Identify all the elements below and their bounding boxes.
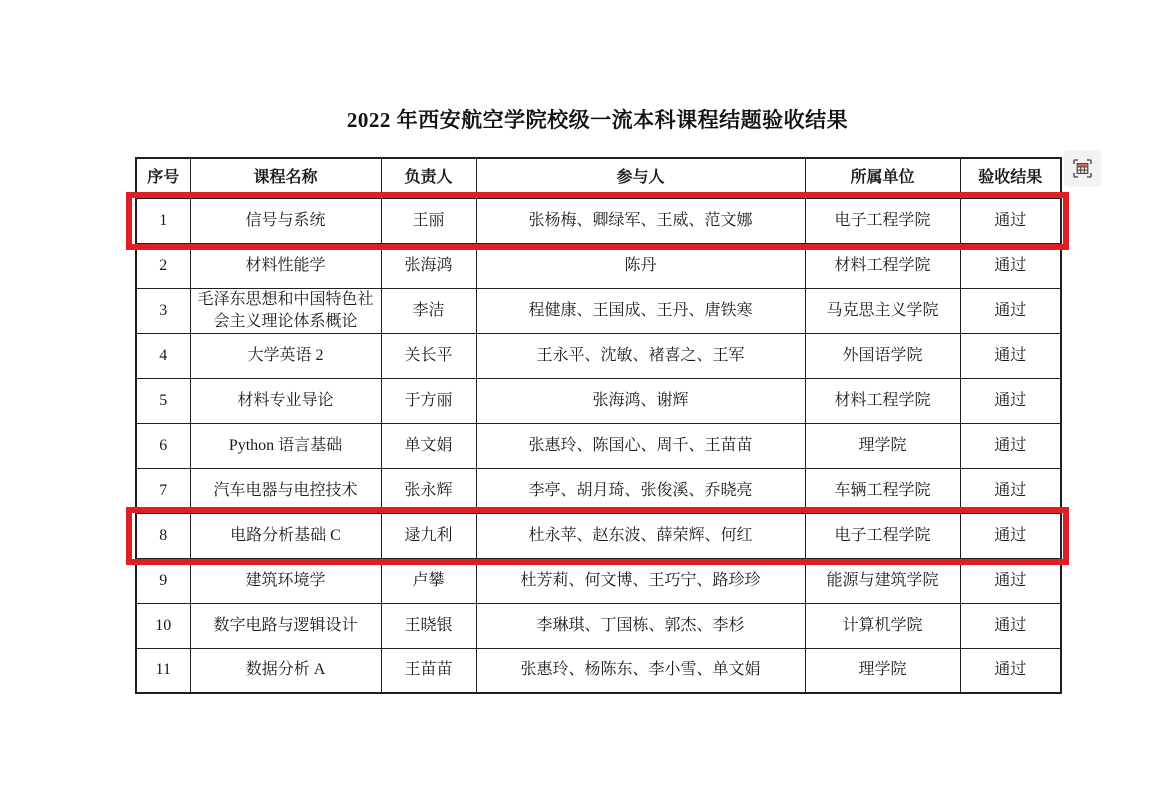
cell-course: 材料性能学 xyxy=(190,243,381,288)
cell-participants: 陈丹 xyxy=(476,243,805,288)
cell-leader: 卢攀 xyxy=(381,558,476,603)
results-table-header: 序号 课程名称 负责人 参与人 所属单位 验收结果 xyxy=(136,158,1061,198)
cell-course: 大学英语 2 xyxy=(190,333,381,378)
cell-participants: 张惠玲、杨陈东、李小雪、单文娟 xyxy=(476,648,805,693)
table-row: 2材料性能学张海鸿陈丹材料工程学院通过 xyxy=(136,243,1061,288)
cell-seq: 6 xyxy=(136,423,190,468)
cell-seq: 5 xyxy=(136,378,190,423)
table-row: 8电路分析基础 C逯九利杜永苹、赵东波、薛荣辉、何红电子工程学院通过 xyxy=(136,513,1061,558)
results-table-body: 1信号与系统王丽张杨梅、卿绿军、王威、范文娜电子工程学院通过2材料性能学张海鸿陈… xyxy=(136,198,1061,693)
cell-result: 通过 xyxy=(960,558,1061,603)
cell-seq: 7 xyxy=(136,468,190,513)
cell-leader: 关长平 xyxy=(381,333,476,378)
cell-unit: 电子工程学院 xyxy=(805,198,960,243)
cell-result: 通过 xyxy=(960,513,1061,558)
cell-unit: 理学院 xyxy=(805,648,960,693)
table-row: 5材料专业导论于方丽张海鸿、谢辉材料工程学院通过 xyxy=(136,378,1061,423)
select-table-icon xyxy=(1072,158,1093,179)
cell-result: 通过 xyxy=(960,648,1061,693)
cell-leader: 张永辉 xyxy=(381,468,476,513)
cell-participants: 张杨梅、卿绿军、王威、范文娜 xyxy=(476,198,805,243)
table-row: 10数字电路与逻辑设计王晓银李琳琪、丁国栋、郭杰、李杉计算机学院通过 xyxy=(136,603,1061,648)
cell-unit: 能源与建筑学院 xyxy=(805,558,960,603)
cell-result: 通过 xyxy=(960,288,1061,333)
table-row: 6Python 语言基础单文娟张惠玲、陈国心、周千、王苗苗理学院通过 xyxy=(136,423,1061,468)
cell-participants: 李亭、胡月琦、张俊溪、乔晓亮 xyxy=(476,468,805,513)
cell-result: 通过 xyxy=(960,423,1061,468)
cell-leader: 李洁 xyxy=(381,288,476,333)
cell-result: 通过 xyxy=(960,198,1061,243)
cell-participants: 杜芳莉、何文博、王巧宁、路珍珍 xyxy=(476,558,805,603)
cell-course: 材料专业导论 xyxy=(190,378,381,423)
table-row: 9建筑环境学卢攀杜芳莉、何文博、王巧宁、路珍珍能源与建筑学院通过 xyxy=(136,558,1061,603)
cell-leader: 单文娟 xyxy=(381,423,476,468)
cell-participants: 王永平、沈敏、褚喜之、王军 xyxy=(476,333,805,378)
cell-unit: 计算机学院 xyxy=(805,603,960,648)
header-seq: 序号 xyxy=(136,158,190,198)
results-table: 序号 课程名称 负责人 参与人 所属单位 验收结果 1信号与系统王丽张杨梅、卿绿… xyxy=(135,157,1062,694)
cell-seq: 10 xyxy=(136,603,190,648)
cell-result: 通过 xyxy=(960,468,1061,513)
header-unit: 所属单位 xyxy=(805,158,960,198)
cell-participants: 张海鸿、谢辉 xyxy=(476,378,805,423)
table-row: 11数据分析 A王苗苗张惠玲、杨陈东、李小雪、单文娟理学院通过 xyxy=(136,648,1061,693)
header-leader: 负责人 xyxy=(381,158,476,198)
cell-seq: 4 xyxy=(136,333,190,378)
cell-course: 数据分析 A xyxy=(190,648,381,693)
header-course: 课程名称 xyxy=(190,158,381,198)
cell-participants: 李琳琪、丁国栋、郭杰、李杉 xyxy=(476,603,805,648)
table-tool-button[interactable] xyxy=(1064,150,1101,187)
cell-seq: 8 xyxy=(136,513,190,558)
cell-leader: 逯九利 xyxy=(381,513,476,558)
table-row: 3毛泽东思想和中国特色社会主义理论体系概论李洁程健康、王国成、王丹、唐铁寒马克思… xyxy=(136,288,1061,333)
cell-result: 通过 xyxy=(960,243,1061,288)
cell-course: 电路分析基础 C xyxy=(190,513,381,558)
cell-unit: 外国语学院 xyxy=(805,333,960,378)
page: 2022 年西安航空学院校级一流本科课程结题验收结果 xyxy=(0,0,1174,803)
cell-seq: 9 xyxy=(136,558,190,603)
header-row: 序号 课程名称 负责人 参与人 所属单位 验收结果 xyxy=(136,158,1061,198)
cell-participants: 杜永苹、赵东波、薛荣辉、何红 xyxy=(476,513,805,558)
header-participants: 参与人 xyxy=(476,158,805,198)
cell-result: 通过 xyxy=(960,378,1061,423)
cell-participants: 张惠玲、陈国心、周千、王苗苗 xyxy=(476,423,805,468)
cell-unit: 车辆工程学院 xyxy=(805,468,960,513)
cell-course: 汽车电器与电控技术 xyxy=(190,468,381,513)
cell-course: Python 语言基础 xyxy=(190,423,381,468)
cell-seq: 1 xyxy=(136,198,190,243)
table-row: 4大学英语 2关长平王永平、沈敏、褚喜之、王军外国语学院通过 xyxy=(136,333,1061,378)
cell-result: 通过 xyxy=(960,603,1061,648)
cell-course: 信号与系统 xyxy=(190,198,381,243)
cell-leader: 王丽 xyxy=(381,198,476,243)
cell-result: 通过 xyxy=(960,333,1061,378)
cell-seq: 11 xyxy=(136,648,190,693)
cell-unit: 材料工程学院 xyxy=(805,378,960,423)
cell-unit: 马克思主义学院 xyxy=(805,288,960,333)
cell-leader: 王晓银 xyxy=(381,603,476,648)
cell-course: 建筑环境学 xyxy=(190,558,381,603)
cell-unit: 电子工程学院 xyxy=(805,513,960,558)
header-result: 验收结果 xyxy=(960,158,1061,198)
cell-seq: 3 xyxy=(136,288,190,333)
cell-unit: 理学院 xyxy=(805,423,960,468)
cell-unit: 材料工程学院 xyxy=(805,243,960,288)
cell-participants: 程健康、王国成、王丹、唐铁寒 xyxy=(476,288,805,333)
table-row: 1信号与系统王丽张杨梅、卿绿军、王威、范文娜电子工程学院通过 xyxy=(136,198,1061,243)
table-row: 7汽车电器与电控技术张永辉李亭、胡月琦、张俊溪、乔晓亮车辆工程学院通过 xyxy=(136,468,1061,513)
cell-seq: 2 xyxy=(136,243,190,288)
cell-course: 毛泽东思想和中国特色社会主义理论体系概论 xyxy=(190,288,381,333)
cell-leader: 王苗苗 xyxy=(381,648,476,693)
cell-course: 数字电路与逻辑设计 xyxy=(190,603,381,648)
cell-leader: 于方丽 xyxy=(381,378,476,423)
page-title: 2022 年西安航空学院校级一流本科课程结题验收结果 xyxy=(135,104,1060,134)
cell-leader: 张海鸿 xyxy=(381,243,476,288)
